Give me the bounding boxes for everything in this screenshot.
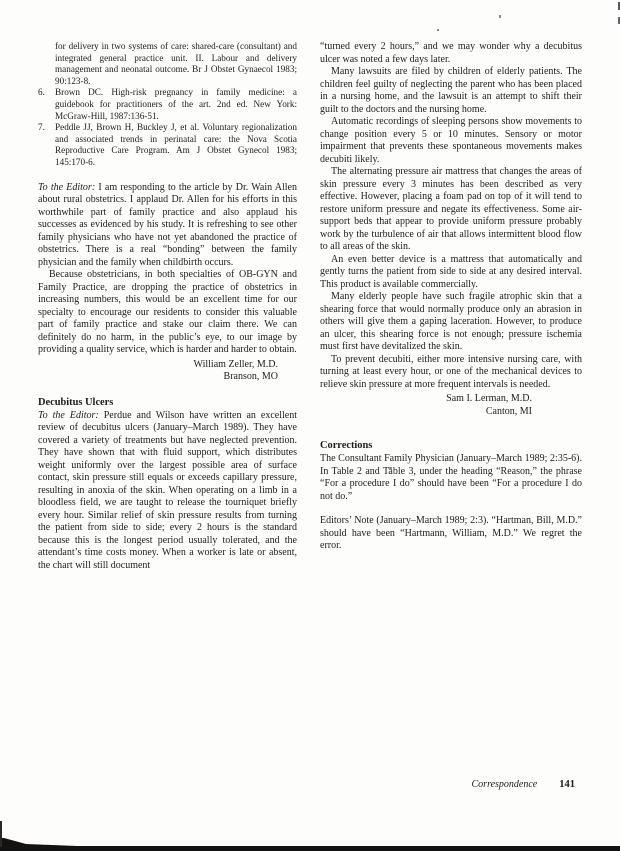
letter-paragraph: Because obstetricians, in both specialti…	[38, 269, 297, 357]
right-column: “turned every 2 hours,” and we may wonde…	[320, 41, 582, 553]
reference-number	[38, 41, 55, 87]
scan-artifact-dot	[389, 467, 392, 469]
signature-name: William Zeller, M.D.	[38, 359, 278, 372]
footer-page-number: 141	[559, 779, 575, 790]
to-the-editor-lead-in: To the Editor:	[38, 182, 95, 193]
reference-item: for delivery in two systems of care: sha…	[38, 41, 297, 87]
reference-text: Peddle JJ, Brown H, Buckley J, et al. Vo…	[55, 122, 297, 168]
letter-decubitus-continued: “turned every 2 hours,” and we may wonde…	[320, 41, 582, 418]
footer-section-label: Correspondence	[472, 779, 538, 790]
reference-item: 7. Peddle JJ, Brown H, Buckley J, et al.…	[38, 122, 297, 168]
letter-paragraph: “turned every 2 hours,” and we may wonde…	[320, 41, 582, 66]
letter-paragraph: Many lawsuits are filed by children of e…	[320, 66, 582, 116]
to-the-editor-lead-in: To the Editor:	[38, 410, 99, 421]
reference-number: 7.	[38, 122, 55, 168]
reference-item: 6. Brown DC. High-risk pregnancy in fami…	[38, 87, 297, 122]
page-footer: Correspondence 141	[472, 779, 575, 790]
signature-location: Branson, MO	[38, 371, 278, 384]
letter-rural-obstetrics: To the Editor: I am responding to the ar…	[38, 182, 297, 384]
reference-list: for delivery in two systems of care: sha…	[38, 41, 297, 169]
left-column: for delivery in two systems of care: sha…	[38, 41, 297, 572]
reference-text: Brown DC. High-risk pregnancy in family …	[55, 87, 297, 122]
reference-number: 6.	[38, 87, 55, 122]
letter-paragraph: The alternating pressure air mattress th…	[320, 166, 582, 254]
letter-paragraph: An even better device is a mattress that…	[320, 254, 582, 292]
letter-paragraph-text: I am responding to the article by Dr. Wa…	[38, 182, 297, 268]
scan-artifact-dot	[499, 15, 501, 18]
letter-paragraph: To the Editor: I am responding to the ar…	[38, 182, 297, 270]
signature-name: Sam I. Lerman, M.D.	[320, 393, 532, 406]
letter-heading: Decubitus Ulcers	[38, 396, 297, 409]
letter-signature: Sam I. Lerman, M.D. Canton, MI	[320, 393, 582, 418]
letter-paragraph-text: Perdue and Wilson have written an excell…	[38, 410, 297, 571]
scan-artifact-bottom-bar	[0, 846, 620, 851]
letter-paragraph: To the Editor: Perdue and Wilson have wr…	[38, 410, 297, 573]
journal-page: for delivery in two systems of care: sha…	[0, 0, 620, 851]
letter-paragraph: To prevent decubiti, either more intensi…	[320, 354, 582, 392]
correction-paragraph: Editors’ Note (January–March 1989; 2:3).…	[320, 515, 582, 553]
scan-artifact-corner-wedge	[0, 838, 90, 848]
reference-text: for delivery in two systems of care: sha…	[55, 41, 297, 87]
scan-artifact-dot	[437, 29, 439, 31]
correction-paragraph: The Consultant Family Physician (January…	[320, 453, 582, 503]
letter-paragraph: Automatic recordings of sleeping persons…	[320, 116, 582, 166]
scan-artifact-left-edge	[0, 821, 2, 847]
letter-decubitus-ulcers: Decubitus Ulcers To the Editor: Perdue a…	[38, 396, 297, 573]
signature-location: Canton, MI	[320, 406, 532, 419]
letter-paragraph: Many elderly people have such fragile at…	[320, 291, 582, 354]
corrections-heading: Corrections	[320, 439, 582, 452]
letter-signature: William Zeller, M.D. Branson, MO	[38, 359, 297, 384]
corrections-section: Corrections The Consultant Family Physic…	[320, 439, 582, 553]
